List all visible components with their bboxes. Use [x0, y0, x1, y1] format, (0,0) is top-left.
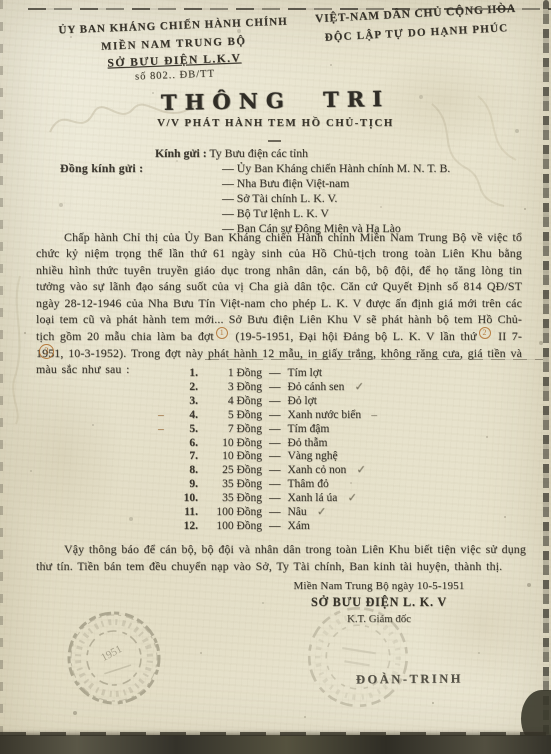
signature-place-date: Miền Nam Trung Bộ ngày 10-5-1951	[290, 580, 468, 592]
stamp-color-name: Xanh cỏ non	[288, 464, 347, 478]
official-seal-right	[297, 596, 418, 717]
margin-dash	[158, 437, 170, 451]
pencil-tick: ✓	[354, 381, 364, 395]
recipient-to-label: Kính gửi :	[155, 146, 207, 160]
stamp-face-value: 100 Đồng	[204, 520, 262, 534]
stamp-color-name: Tím lợt	[288, 367, 323, 381]
seal-year: 1951	[99, 643, 124, 664]
stamp-price-list: 1.1 Đồng—Tím lợt2.3 Đồng—Đỏ cánh sen✓3.4…	[158, 367, 377, 534]
stamp-number: 12.	[170, 520, 198, 534]
dash-separator: —	[269, 437, 281, 451]
dash-separator: —	[269, 520, 281, 534]
stamp-face-value: 25 Đồng	[204, 464, 262, 478]
stamp-list-row: 10.35 Đồng—Xanh lá úa✓	[158, 492, 377, 506]
stamp-number: 10.	[170, 492, 198, 506]
pencil-tick: ✓	[317, 506, 327, 520]
dash-separator: —	[269, 423, 281, 437]
margin-dash	[158, 464, 170, 478]
dash-separator: —	[269, 381, 281, 395]
stamp-color-name: Đỏ lợt	[288, 395, 317, 409]
stamp-list-row: 2.3 Đồng—Đỏ cánh sen✓	[158, 381, 377, 395]
recipient-cc-list: — Ủy Ban Kháng chiến Hành chính M. N. T.…	[222, 161, 522, 236]
stamp-color-name: Xám	[288, 520, 310, 534]
scanned-document-page: ỦY BAN KHÁNG CHIẾN HÀNH CHÍNH MIỀN NAM T…	[0, 0, 551, 754]
margin-dash	[158, 506, 170, 520]
stamp-color-name: Đỏ cánh sen	[288, 381, 345, 395]
stamp-color-name: Đỏ thẫm	[288, 437, 328, 451]
stamp-list-row: 3.4 Đồng—Đỏ lợt	[158, 395, 377, 409]
body-paragraph: Chấp hành Chỉ thị của Ủy Ban Kháng chiến…	[36, 229, 522, 378]
stamp-number: 4.	[170, 409, 198, 423]
annotation-circled-1: 1	[216, 327, 228, 339]
cc-recipient-item: — Sở Tài chính L. K. V.	[222, 191, 522, 206]
postmark-seal-left: 1951	[51, 595, 177, 721]
stamp-list-row: 6.10 Đồng—Đỏ thẫm	[158, 437, 377, 451]
margin-dash: –	[158, 409, 170, 423]
stamp-list-row: 8.25 Đồng—Xanh cỏ non✓	[158, 464, 377, 478]
body-text-segment: (19-5-1951, Đại hội Đảng bộ L. K. V lần …	[235, 329, 476, 343]
stamp-face-value: 3 Đồng	[204, 381, 262, 395]
stamp-face-value: 1 Đồng	[204, 367, 262, 381]
margin-dash: –	[158, 423, 170, 437]
pencil-tick: ✓	[347, 492, 357, 506]
margin-dash	[158, 367, 170, 381]
cc-recipient-item: — Bộ Tư lệnh L. K. V	[222, 206, 522, 221]
stamp-color-name: Nâu	[288, 506, 307, 520]
margin-dash	[158, 520, 170, 534]
stamp-number: 6.	[170, 437, 198, 451]
scan-right-edge	[543, 0, 549, 736]
closing-paragraph: Vậy thông báo để cán bộ, bộ đội và nhân …	[36, 541, 526, 574]
stamp-list-row: –5.7 Đồng—Tím đậm	[158, 423, 377, 437]
stamp-number: 1.	[170, 367, 198, 381]
stamp-face-value: 7 Đồng	[204, 423, 262, 437]
dash-separator: —	[269, 492, 281, 506]
margin-dash	[158, 450, 170, 464]
header-left-block: ỦY BAN KHÁNG CHIẾN HÀNH CHÍNH MIỀN NAM T…	[37, 15, 311, 86]
stamp-number: 7.	[170, 450, 198, 464]
document-subtitle: V/V PHÁT HÀNH TEM HỒ CHỦ-TỊCH	[0, 117, 551, 129]
cc-recipient-item: — Nha Bưu điện Việt-nam	[222, 176, 522, 191]
annotation-circled-2: 2	[479, 327, 491, 339]
cc-recipient-item: — Ủy Ban Kháng chiến Hành chính M. N. T.…	[222, 161, 522, 176]
stamp-list-row: 7.10 Đồng—Vàng nghệ	[158, 450, 377, 464]
dash-separator: —	[269, 450, 281, 464]
stamp-color-name: Thâm đỏ	[288, 478, 329, 492]
margin-annotation-circled-3: 3	[39, 344, 54, 359]
stamp-number: 3.	[170, 395, 198, 409]
recipient-cc-label: Đồng kính gửi :	[60, 161, 143, 176]
stamp-number: 9.	[170, 478, 198, 492]
pencil-tick: –	[371, 409, 377, 423]
stamp-face-value: 100 Đồng	[204, 506, 262, 520]
stamp-color-name: Vàng nghệ	[288, 450, 338, 464]
margin-dash	[158, 492, 170, 506]
stamp-color-name: Tím đậm	[288, 423, 330, 437]
recipient-to-line: Kính gửi : Ty Bưu điện các tỉnh	[155, 146, 308, 161]
scan-bottom-band	[0, 735, 551, 754]
stamp-list-row: 12.100 Đồng—Xám	[158, 520, 377, 534]
dash-separator: —	[269, 367, 281, 381]
stamp-color-name: Xanh nước biển	[288, 409, 362, 423]
stamp-face-value: 35 Đồng	[204, 492, 262, 506]
dash-separator: —	[269, 409, 281, 423]
body-text-segment: Chấp hành Chỉ thị của Ủy Ban Kháng chiến…	[36, 230, 522, 343]
stamp-number: 2.	[170, 381, 198, 395]
stamp-list-row: 11.100 Đồng—Nâu✓	[158, 506, 377, 520]
horizontal-crease-line	[205, 359, 543, 360]
stamp-list-row: –4.5 Đồng—Xanh nước biển–	[158, 409, 377, 423]
margin-dash	[158, 478, 170, 492]
margin-dash	[158, 381, 170, 395]
stamp-number: 5.	[170, 423, 198, 437]
stamp-face-value: 10 Đồng	[204, 450, 262, 464]
stamp-color-name: Xanh lá úa	[288, 492, 338, 506]
stamp-face-value: 35 Đồng	[204, 478, 262, 492]
stamp-face-value: 4 Đồng	[204, 395, 262, 409]
paper-stain	[4, 370, 124, 540]
subtitle-underline	[268, 140, 281, 142]
stamp-face-value: 5 Đồng	[204, 409, 262, 423]
stamp-face-value: 10 Đồng	[204, 437, 262, 451]
dash-separator: —	[269, 395, 281, 409]
margin-dash	[158, 395, 170, 409]
pencil-tick: ✓	[356, 464, 366, 478]
recipient-to-value: Ty Bưu điện các tỉnh	[209, 146, 308, 160]
stamp-list-row: 1.1 Đồng—Tím lợt	[158, 367, 377, 381]
stamp-list-row: 9.35 Đồng—Thâm đỏ	[158, 478, 377, 492]
stamp-number: 8.	[170, 464, 198, 478]
dash-separator: —	[269, 478, 281, 492]
stamp-number: 11.	[170, 506, 198, 520]
dash-separator: —	[269, 506, 281, 520]
dash-separator: —	[269, 464, 281, 478]
